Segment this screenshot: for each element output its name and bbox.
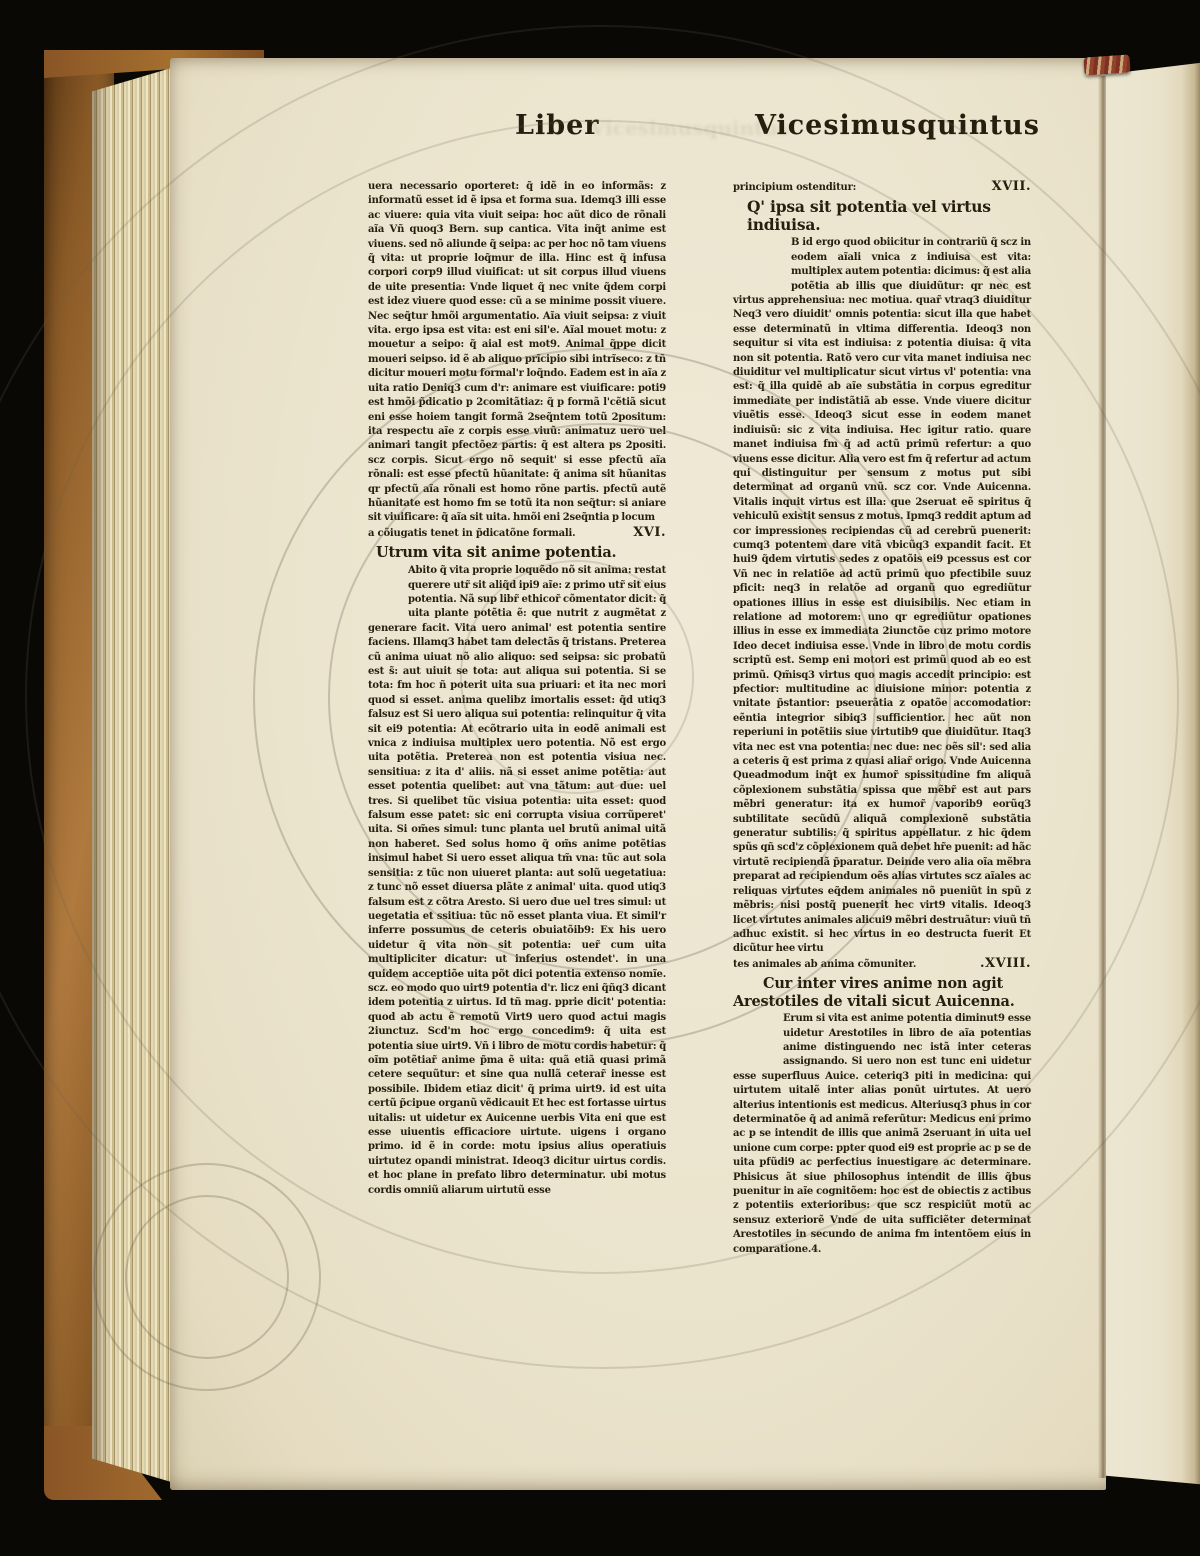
running-header-liber: Liber — [515, 110, 600, 141]
paragraph-chapter-17: B id ergo quod obiicitur in contrariũ q̃… — [733, 236, 1031, 956]
chapter-number-xvi: XVI. — [633, 526, 666, 540]
initial-letter-space — [733, 236, 791, 280]
sewn-headband — [1083, 54, 1130, 75]
chapter-16-heading: Utrum vita sit anime potentia. — [376, 544, 666, 562]
left-page: Vicesimusquintus Liber Vicesimusquintus … — [170, 58, 1106, 1490]
chapter-17-body-text: B id ergo quod obiicitur in contrariũ q̃… — [733, 237, 1031, 954]
chapter-number-xvii: XVII. — [992, 180, 1031, 194]
chapter-18-heading: Cur inter vires anime non agit Arestotil… — [733, 975, 1031, 1010]
initial-letter-space — [733, 1012, 783, 1056]
initial-letter-space — [368, 564, 408, 608]
paragraph-chapter-18: Erum si vita est anime potentia diminut9… — [733, 1012, 1031, 1257]
right-text-column: principium ostenditur: XVII. Q' ipsa sit… — [733, 180, 1031, 1257]
chapter-17-caption-row: principium ostenditur: XVII. — [733, 180, 1031, 195]
continuation-last-line: a cõiugatis tenet in p̃dicatõne formali. — [368, 527, 575, 541]
chapter-number-xviii: .XVIII. — [980, 957, 1031, 971]
facing-page-edge — [1106, 60, 1200, 1490]
paragraph-chapter-16: Abito q̃ vita proprie loquẽdo nõ sit ani… — [368, 564, 666, 1198]
running-header-book-number: Vicesimusquintus — [755, 110, 1040, 141]
incunabulum-book-photo: Vicesimusquintus Liber Vicesimusquintus … — [0, 0, 1200, 1556]
chapter-17-heading: Q' ipsa sit potentia vel virtus indiuisa… — [747, 198, 1031, 234]
chapter-16-caption-row: a cõiugatis tenet in p̃dicatõne formali.… — [368, 526, 666, 541]
running-header: Vicesimusquintus Liber Vicesimusquintus — [170, 110, 1106, 150]
chapter-18-caption-row: tes animales ab anima cõmuniter. .XVIII. — [733, 957, 1031, 972]
left-text-column: uera necessario oporteret: q̃ idẽ in eo … — [368, 180, 666, 1198]
paragraph-continuation: uera necessario oporteret: q̃ idẽ in eo … — [368, 180, 666, 526]
chapter-17-last-line: tes animales ab anima cõmuniter. — [733, 958, 916, 972]
chapter-16-body-text: Abito q̃ vita proprie loquẽdo nõ sit ani… — [368, 565, 666, 1195]
carryover-line: principium ostenditur: — [733, 181, 856, 195]
page-gutter-crease — [1098, 76, 1107, 1478]
